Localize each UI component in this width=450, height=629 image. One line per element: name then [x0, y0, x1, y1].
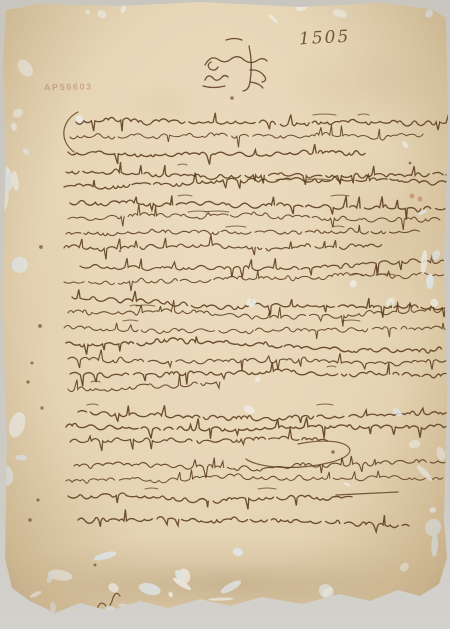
paper-loss-patch [15, 455, 27, 461]
paper-loss-patch [22, 147, 30, 156]
paper-loss-patch [430, 298, 439, 307]
paper-loss-patch [219, 578, 243, 596]
paper-loss-patch [107, 581, 121, 594]
paper-loss-patch [420, 250, 429, 275]
paper-loss-patch [294, 0, 312, 13]
paper-loss-patch [168, 591, 174, 598]
paper-loss-patch [417, 209, 427, 216]
paper-loss-patch [430, 249, 442, 262]
paper-loss-patch [262, 601, 285, 616]
paper-loss-patch [93, 550, 118, 563]
manuscript-page: AP56603 1505 [0, 0, 450, 629]
paper-loss-patch [84, 9, 90, 16]
wormhole [26, 380, 29, 383]
paper-loss-patch [6, 410, 28, 439]
wormhole [40, 406, 43, 409]
folio-number: 1505 [299, 27, 351, 50]
wormhole [31, 362, 34, 365]
paper-loss-patch [29, 590, 43, 599]
photographic-backdrop: AP56603 1505 [0, 0, 450, 629]
paper-loss-patch [384, 296, 396, 307]
paper-loss-patch [1, 189, 9, 212]
wormhole [38, 324, 42, 328]
paper-loss-patch [245, 296, 257, 308]
paper-loss-patch [280, 612, 290, 621]
paper-loss-patch [120, 4, 127, 14]
paper-loss-patch [12, 615, 26, 618]
paper-loss-patch [208, 597, 234, 601]
paper-loss-patch [14, 57, 36, 80]
paper-loss-patch [118, 603, 134, 611]
paper-loss-patch [219, 611, 229, 618]
archive-stamp: AP56603 [44, 82, 93, 93]
paper-loss-patch [232, 547, 244, 557]
paper-loss-patch [422, 516, 444, 539]
paper-damage-layer [0, 0, 450, 629]
paper-loss-patch [254, 376, 260, 382]
paper-loss-patch [11, 107, 24, 120]
paper-loss-patch [316, 1, 324, 7]
paper-loss-patch [74, 114, 85, 125]
paper-loss-patch [337, 609, 358, 618]
paper-loss-patch [332, 8, 348, 20]
wormhole [230, 96, 234, 100]
paper-loss-patch [348, 279, 357, 289]
paper-loss-patch [9, 254, 31, 276]
wormhole [39, 245, 43, 249]
paper-loss-patch [391, 406, 403, 417]
paper-loss-patch [435, 446, 446, 462]
wormhole [409, 162, 412, 165]
wormhole [36, 498, 39, 501]
wormhole [331, 450, 335, 454]
paper-loss-patch [424, 8, 435, 19]
paper-loss-patch [398, 561, 410, 573]
rust-speck [418, 197, 423, 202]
paper-loss-patch [401, 140, 409, 149]
wormhole [94, 564, 97, 567]
paper-loss-patch [138, 581, 162, 597]
paper-loss-patch [96, 8, 108, 20]
paper-loss-patch [344, 482, 351, 487]
paper-loss-patch [392, 592, 408, 606]
paper-loss-patch [242, 404, 256, 416]
wormhole [119, 250, 121, 252]
paper-loss-patch [408, 439, 421, 449]
paper-loss-patch [385, 606, 403, 615]
paper-loss-patch [50, 601, 57, 613]
paper-loss-patch [10, 122, 17, 132]
rust-speck [410, 194, 415, 199]
paper-loss-patch [429, 507, 436, 514]
paper-loss-patch [426, 274, 434, 289]
paper-loss-patch [415, 464, 434, 483]
paper-loss-patch [431, 533, 439, 557]
paper-loss-patch [104, 603, 121, 618]
paper-loss-patch [0, 462, 16, 488]
wormhole [28, 518, 32, 522]
paper-loss-patch [268, 14, 279, 24]
